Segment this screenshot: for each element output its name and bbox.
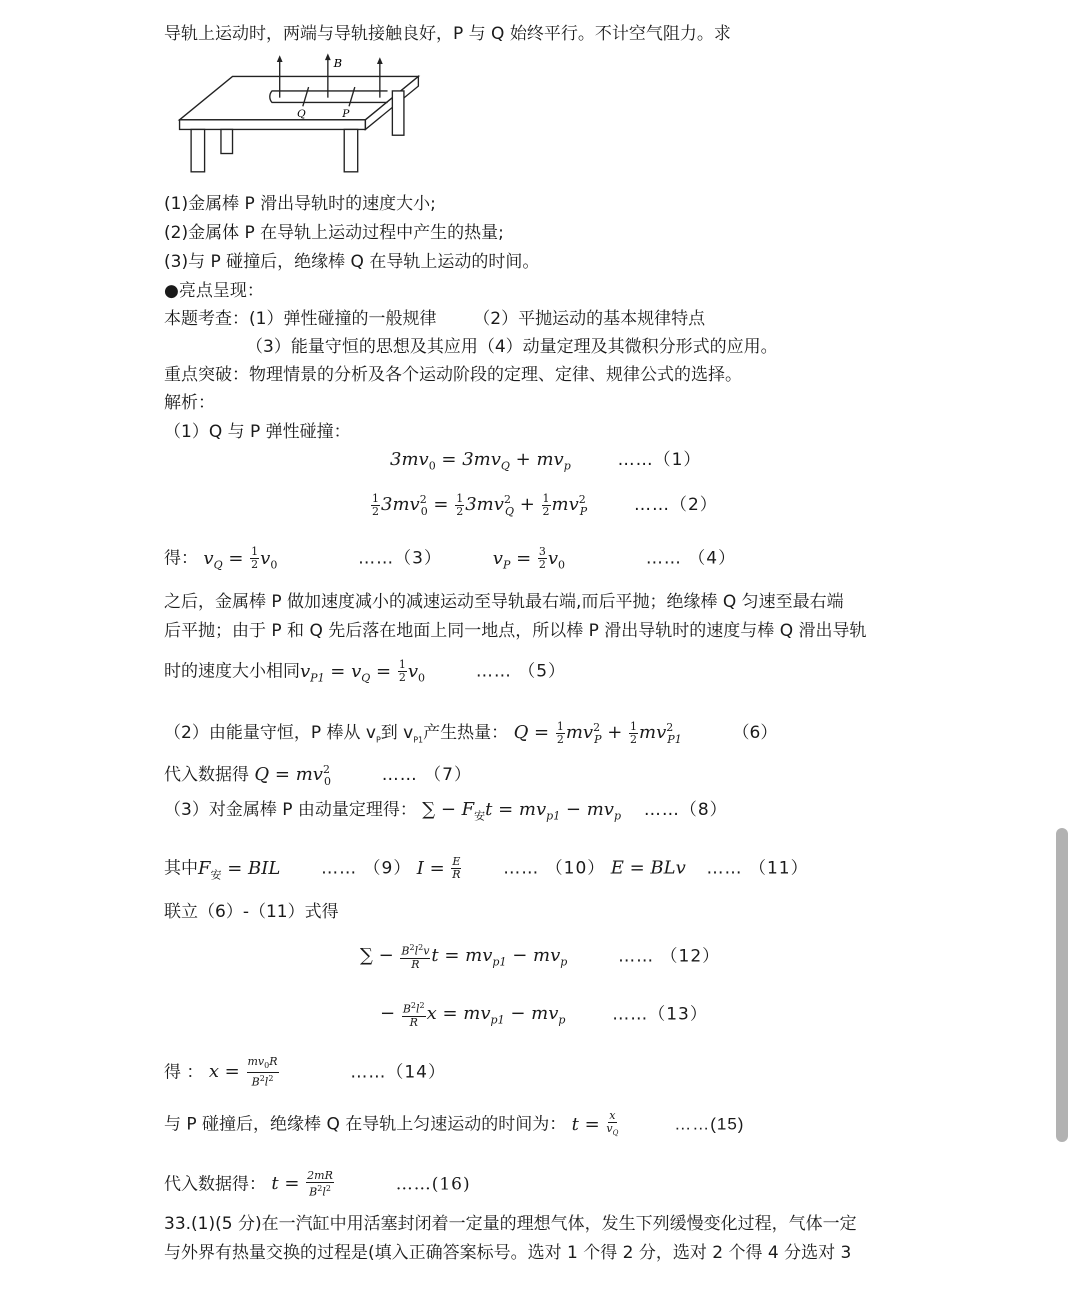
highlights-line-1: 本题考查：(1）弹性碰撞的一般规律 （2）平抛运动的基本规律特点: [164, 307, 705, 331]
equation-9-11: 其中F安 = BIL …… （9） I = ER …… （10） E = BLv…: [164, 856, 809, 887]
paragraph-line-2: 后平抛；由于 P 和 Q 先后落在地面上同一地点，所以棒 P 滑出导轨时的速度与…: [164, 619, 867, 643]
next-question-line-1: 33.(1)(5 分)在一汽缸中用活塞封闭着一定量的理想气体，发生下列缓慢变化过…: [164, 1212, 857, 1236]
intro-line: 导轨上运动时，两端与导轨接触良好，P 与 Q 始终平行。不计空气阻力。求: [164, 22, 731, 46]
question-2: (2)金属体 P 在导轨上运动过程中产生的热量;: [164, 221, 504, 245]
equation-13: − B2l2Rx = mvp1 − mvp ……（13）: [380, 1000, 708, 1033]
equation-3-4: 得： vQ = 12v0 ……（3） vP = 32v0 …… （4）: [164, 546, 736, 577]
table-rail-diagram: B Q P: [168, 52, 428, 178]
equation-16: 代入数据得： t = 2mRB2l2 ……(16): [164, 1170, 471, 1199]
equation-12: ∑ − B2l2vRt = mvp1 − mvp …… （12）: [360, 942, 720, 975]
part1-heading: （1）Q 与 P 弹性碰撞：: [164, 420, 351, 444]
paragraph-line-3: 时的速度大小相同vP1 = vQ = 12v0 …… （5）: [164, 659, 566, 690]
paragraph-line-1: 之后，金属棒 P 做加速度减小的减速运动至导轨最右端,而后平抛；绝缘棒 Q 匀速…: [164, 590, 844, 614]
label-q: Q: [297, 108, 306, 120]
label-p: P: [341, 108, 350, 120]
combine-line: 联立（6）-（11）式得: [164, 900, 339, 924]
highlights-line-2: （3）能量守恒的思想及其应用（4）动量定理及其微积分形式的应用。: [246, 335, 778, 359]
equation-14: 得 ： x = mv0RB2l2 ……（14）: [164, 1056, 446, 1089]
focus-line: 重点突破：物理情景的分析及各个运动阶段的定理、定律、规律公式的选择。: [164, 363, 742, 387]
equation-8: （3）对金属棒 P 由动量定理得： ∑ − F安t = mvp1 − mvp ……: [164, 798, 728, 829]
analysis-heading: 解析：: [164, 391, 215, 415]
topic-2: （2）平抛运动的基本规律特点: [473, 309, 705, 329]
equation-1: 3mv0 = 3mvQ + mvp ……（1）: [390, 448, 701, 479]
equation-15: 与 P 碰撞后，绝缘棒 Q 在导轨上匀速运动的时间为： t = xvQ ……(1…: [164, 1110, 744, 1139]
equation-2: 123mv20 = 123mv2Q + 12mv2P ……（2）: [370, 488, 718, 524]
question-1: (1)金属棒 P 滑出导轨时的速度大小;: [164, 192, 436, 216]
equation-7: 代入数据得 Q = mv20 …… （7）: [164, 758, 472, 794]
next-question-line-2: 与外界有热量交换的过程是(填入正确答案标号。选对 1 个得 2 分，选对 2 个…: [164, 1241, 851, 1265]
topic-1: 本题考查：(1）弹性碰撞的一般规律: [164, 309, 436, 329]
vertical-scrollbar-thumb[interactable]: [1056, 828, 1068, 1142]
label-b: B: [333, 56, 343, 70]
question-3: (3)与 P 碰撞后，绝缘棒 Q 在导轨上运动的时间。: [164, 250, 539, 274]
part2-line: （2）由能量守恒，P 棒从 vP到 vP1产生热量： Q = 12mv2P + …: [164, 716, 777, 752]
highlights-heading: ●亮点呈现：: [164, 279, 264, 303]
